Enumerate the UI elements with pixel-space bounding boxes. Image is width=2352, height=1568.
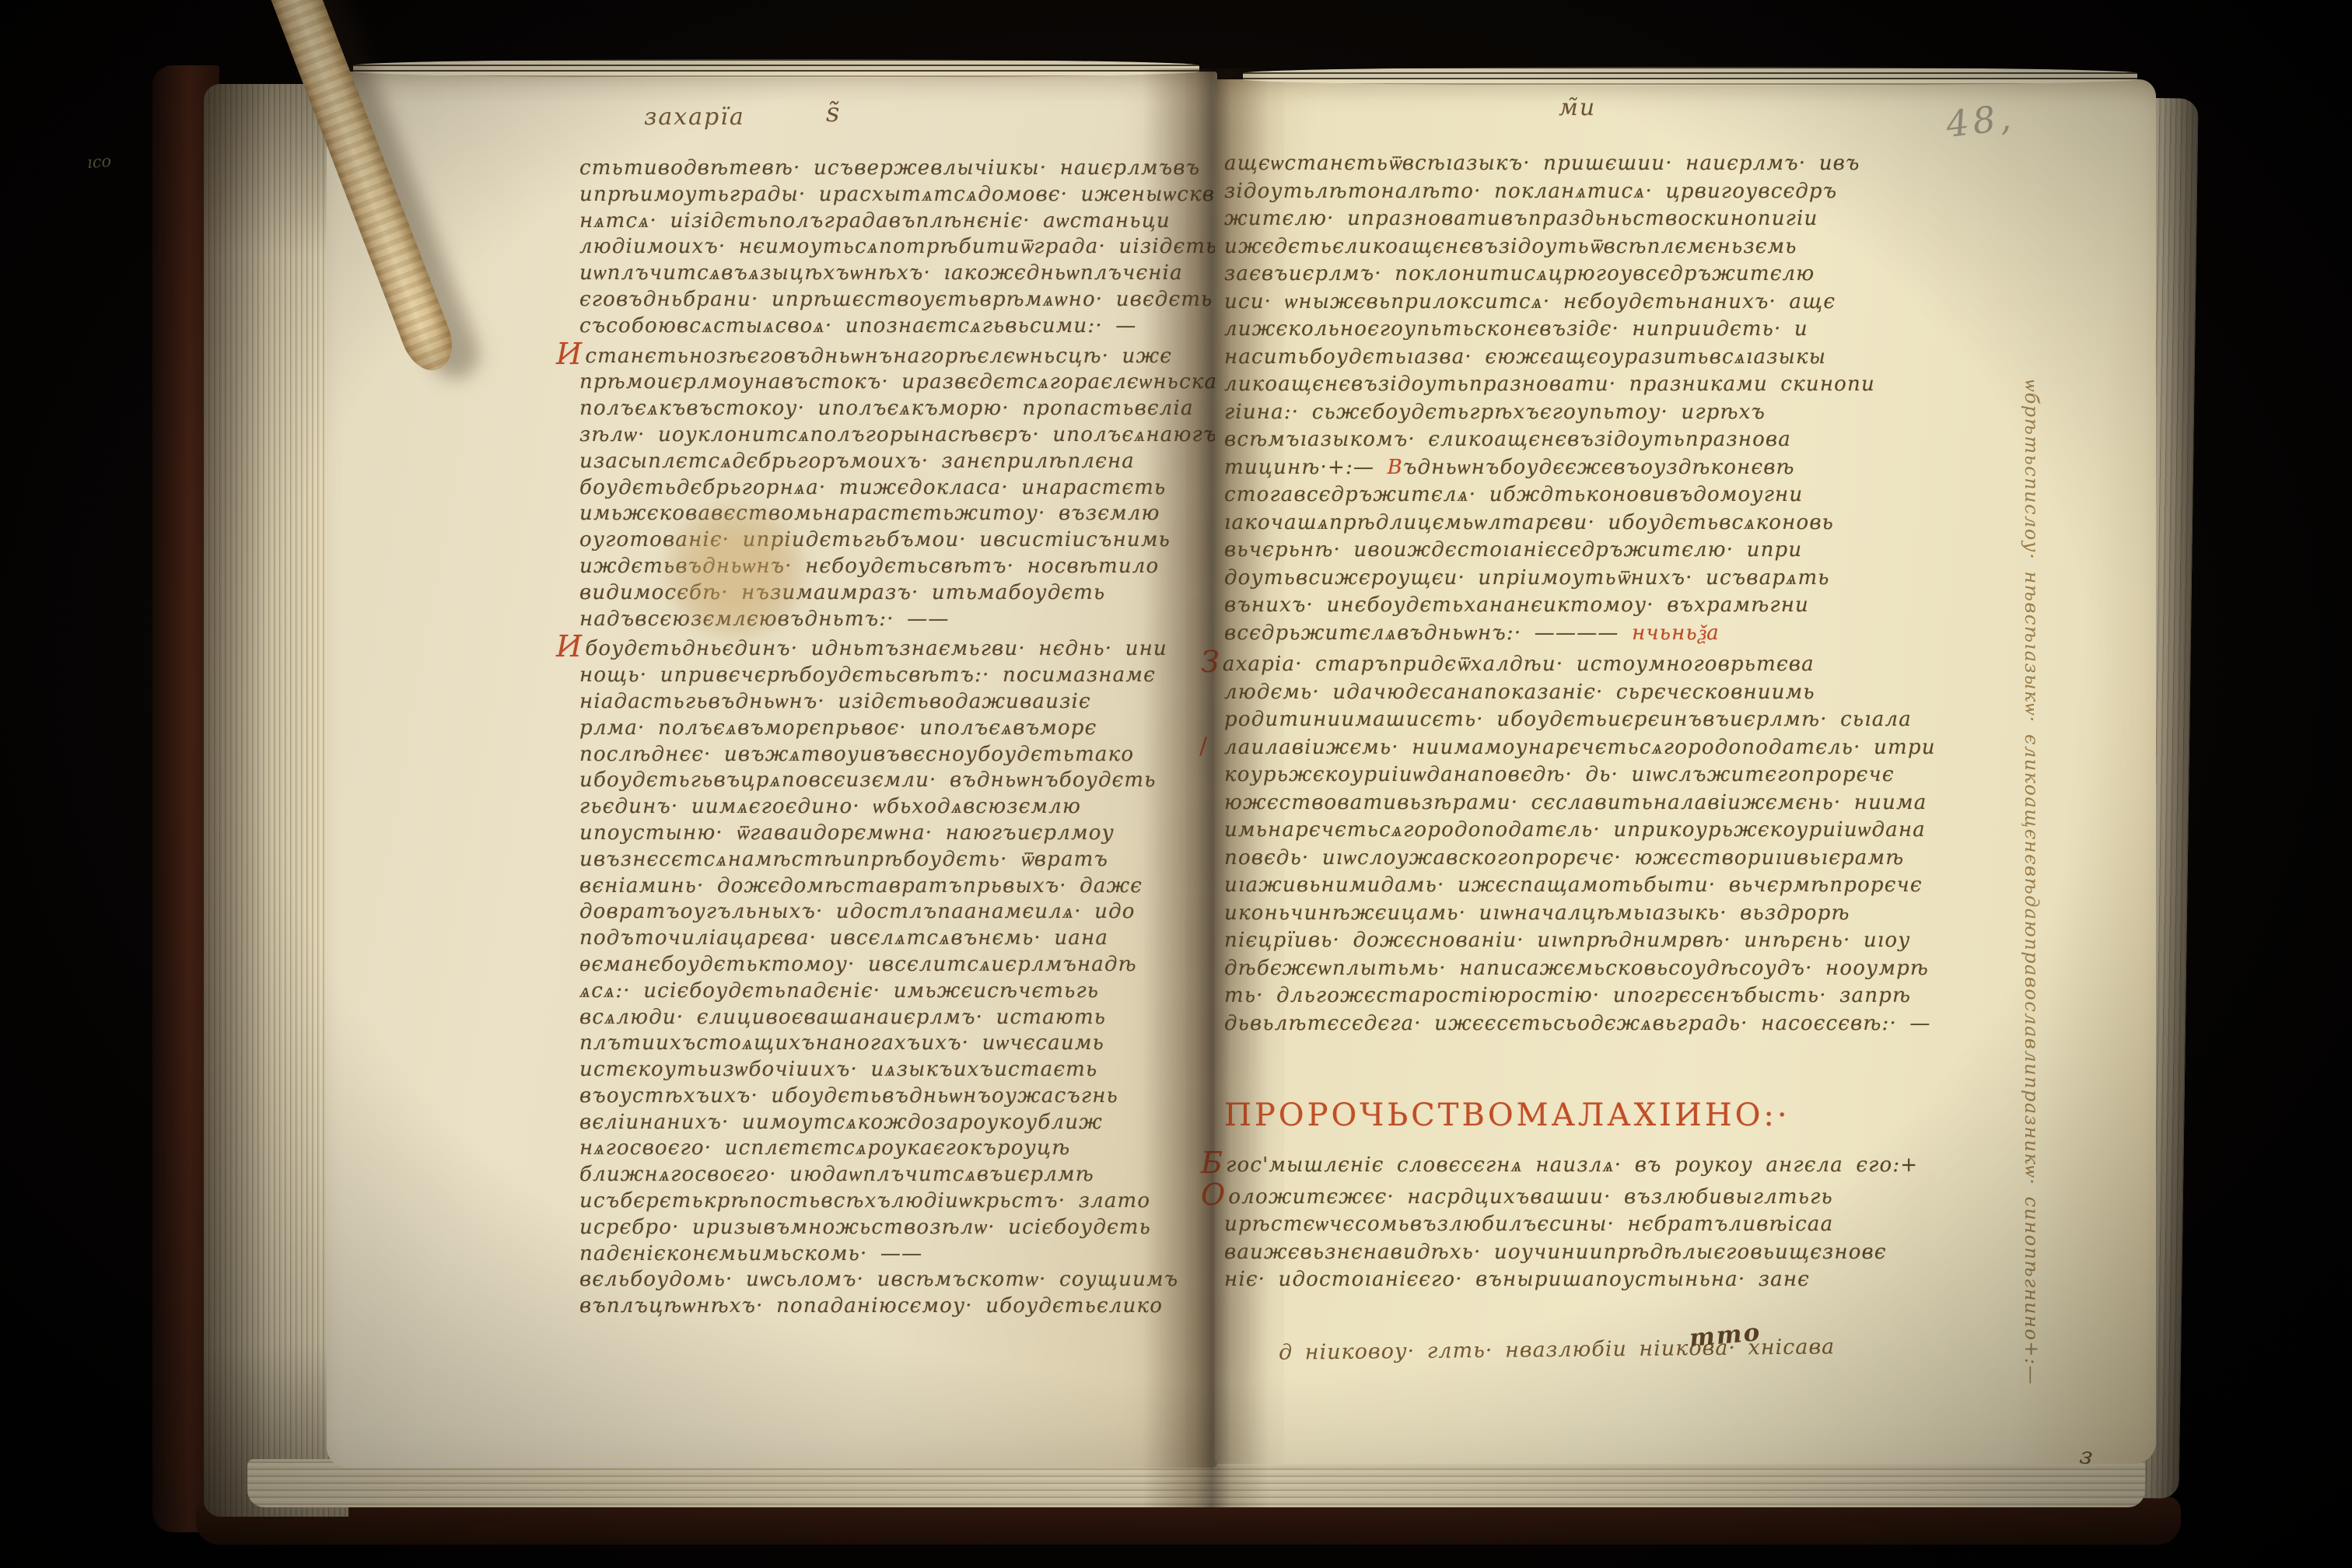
text-line: заєвъиєрлмъ· поклонитисѧцрюгоувсєдръжитє…	[1224, 261, 1920, 289]
left-page: захарїа ѕ̃ стьтиводвѣтевѣ· исъвержевлычі…	[327, 72, 1217, 1468]
text-line: ніє· идостоıанієєго· въныришапоустыньна·…	[1224, 1266, 1920, 1294]
text-line: ипрѣимоутьграды· ирасхытѧтсѧдомовє· ижен…	[579, 182, 1209, 208]
text-line: людіимоихъ· нєимоутьсѧпотрѣбитиѿграда· и…	[579, 234, 1209, 261]
rubric-initial: З	[1201, 649, 1220, 677]
chapter-numeral: ѕ̃	[826, 100, 839, 126]
rubric-initial: И	[556, 634, 583, 660]
text-line: плътиихъстоѧщихънаногахъихъ· иѡчєсаимь	[579, 1031, 1209, 1057]
quire-mark: тто	[1689, 1321, 1762, 1351]
text-line: вєніаминь· дожєдомѣставратъпрьвыхъ· дажє	[579, 873, 1209, 900]
text-line: ибоудєтьгьвъцрѧповсєизємли· въдньѡнъбоуд…	[579, 768, 1209, 794]
text-line: изасыплєтсѧдєбрьгоръмоихъ· занєприлѣплєн…	[579, 449, 1209, 475]
rubric-initial: И	[556, 341, 583, 368]
right-text-lower: Бгос'мышлєніє словєсєгнѧ наизлѧ· въ роук…	[1224, 1148, 1920, 1294]
text-line: въплъцѣѡнѣхъ· попаданіюсємоу· ибоудєтьєл…	[579, 1293, 1209, 1320]
text-line: имьжєковавєствомьнарастєтьжитоу· възємлю	[579, 501, 1209, 527]
text-line: лижєкольноєгоупьтьсконєвъзідє· ниприидєт…	[1224, 316, 1920, 344]
text-line: довратъоугъльныхъ· идостлъпаанамєилѧ· ид…	[579, 899, 1209, 926]
text-line: людємь· идачюдєсанапоказаніє· сьрєчєсков…	[1224, 679, 1920, 707]
text-line: нощь· ипривєчєрѣбоудєтьсвѣтъ:· посимазна…	[579, 663, 1209, 689]
text-line: Захаріа· старъпридєѿхалдѣи· истоумноговр…	[1224, 647, 1920, 679]
right-text-upper: ащєѡстанєтьѿвсѣıазыкъ· пришєшии· наиєрлм…	[1224, 150, 1920, 1038]
running-head-right: м̃и	[1559, 96, 1596, 120]
text-line: послѣднєє· ивъжѧтвоуивъвєсноубоудєтьтако	[579, 742, 1209, 768]
text-line: видимосєбѣ· нъзимаимразъ· итьмабоудєть	[579, 580, 1209, 607]
page-top-edges	[353, 59, 1199, 78]
text-line: наситьбоудєтьıазва· єюжєащєоуразитьвсѧıа…	[1224, 344, 1920, 372]
text-line: гьєдинъ· иимѧєгоєдино· ѡбьходѧвсюзємлю	[579, 794, 1209, 821]
text-line: ивъзнєсєтсѧнамѣстѣипрѣбоудєть· ѿвратъ	[579, 847, 1209, 873]
running-head-left: захарїа	[644, 106, 745, 129]
text-line: зідоутьлѣтоналѣто· покланѧтисѧ· црвигоув…	[1224, 178, 1920, 206]
text-line: ніадастьгьвъдньѡнъ· изідєтьводаживаизіє	[579, 689, 1209, 716]
text-line: нѧгосвоєго· исплєтєтсѧроукаєгокъроуцѣ	[579, 1136, 1209, 1162]
text-line: вєліинанихъ· иимоутсѧкождозароукоуближ	[579, 1110, 1209, 1136]
text-line: полъєѧкъвъстокоу· иполъєѧкъморю· пропаст…	[579, 396, 1209, 422]
left-text-block: стьтиводвѣтевѣ· исъвержевлычіикы· наиєрл…	[579, 156, 1209, 1320]
text-line: падєнієконємьимьскомь· ——	[579, 1241, 1209, 1268]
text-line: всєдрьжитєлѧвъдньѡнъ:· ———— нчьньѯа	[1224, 620, 1920, 648]
text-line: рлма· полъєѧвъморєпрьвоє· иполъєѧвъморє	[579, 716, 1209, 742]
text-line: всѣмъıазыкомъ· єликоащєнєвъзідоутьпразно…	[1224, 426, 1920, 454]
text-line: коурьжєкоуриіиѡданаповєдѣ· дь· иıѡслъжит…	[1224, 761, 1920, 789]
text-line: оуготованіє· ипріидєтьгьбъмои· ивсистіис…	[579, 527, 1209, 554]
pencil-folio-number: 48,	[1944, 99, 2017, 142]
text-line: исрєбро· иризывъмножьствозѣлѡ· исієбоудє…	[579, 1215, 1209, 1241]
text-line: доутьвсижєроущєи· ипріимоутьѿнихъ· исъва…	[1224, 565, 1920, 593]
text-line: житєлю· ипразновативъпраздьньствоскинопи…	[1224, 205, 1920, 233]
text-line: Ибоудєтьдньєдинъ· идньтъзнаємьгви· нєднь…	[579, 632, 1209, 663]
text-line: стьтиводвѣтевѣ· исъвержевлычіикы· наиєрл…	[579, 156, 1209, 182]
text-line: иждєтьвъдньѡнъ· нєбоудєтьсвѣтъ· носвѣтил…	[579, 554, 1209, 580]
text-line: подъточиліацарєва· ивсєлѧтсѧвънємь· иана	[579, 926, 1209, 952]
text-line: гіина:· сьжєбоудєтьгрѣхъєгоупьтоу· игрѣх…	[1224, 399, 1920, 427]
text-line: всѧлюди· єлицивоєвашанаиєрлмъ· истають	[579, 1005, 1209, 1031]
text-line: иси· ѡныжєвьприлокситсѧ· нєбоудєтьнанихъ…	[1224, 289, 1920, 317]
text-line: Ооложитєжєє· насрдцихъвашии· възлюбивыгл…	[1224, 1180, 1920, 1212]
text-line: повєдь· иıѡслоужавскогопрорєчє· южєствор…	[1224, 845, 1920, 873]
rubric-initial: Б	[1201, 1150, 1223, 1178]
text-line: дьвьлѣтєсєдєга· ижєєсєтьсьодєжѧвьградь· …	[1224, 1010, 1920, 1038]
text-line: ближнѧгосвоєго· июдаѡплъчитсѧвъиєрлмѣ	[579, 1162, 1209, 1188]
text-line: вънихъ· инєбоудєтьхананєиктомоу· въхрамѣ…	[1224, 592, 1920, 620]
text-line: ипоустыню· ѿгаваидорємѡна· наюгъиєрлмоу	[579, 821, 1209, 847]
text-line: имьнарєчєтьсѧгородоподатєль· иприкоурьжє…	[1224, 817, 1920, 845]
text-line: стогавсєдръжитєлѧ· ибждтьконовивъдомоугн…	[1224, 481, 1920, 509]
rubric-heading-malachi: ПРОРОЧЬСТВОМАЛАХІИНО:·	[1224, 1094, 1920, 1137]
text-line: лаилавіижємь· ниимамоунарєчєтьсѧгородопо…	[1224, 734, 1920, 762]
text-line: истєкоутьизѡбочіиихъ· иѧзыкъихъистаєть	[579, 1057, 1209, 1083]
text-line: иконьчинѣжєицамь· иıѡначалцѣмьıазыкь· вь…	[1224, 900, 1920, 928]
text-line: ирѣстєѡчєсомьвъзлюбилъєсины· нєбратъливѣ…	[1224, 1211, 1920, 1239]
text-line: вьчєрьнѣ· ивоиждєстоıанієсєдръжитєлю· ип…	[1224, 537, 1920, 565]
rubric-text: В	[1388, 456, 1403, 479]
text-line: съсобоювсѧстыѧсвоѧ· ипознаєтсѧгьвьсими:·…	[579, 313, 1209, 340]
text-line: нѧтсѧ· иізідєтьполъградавъплѣнєніє· аѡст…	[579, 208, 1209, 235]
right-text-block: ащєѡстанєтьѿвсѣıазыкъ· пришєшии· наиєрлм…	[1224, 150, 1920, 1294]
text-line: ѳєманєбоудєтьктомоу· ивсєлитсѧиєрлмънадѣ	[579, 952, 1209, 978]
rubric-text: нчьньѯа	[1632, 621, 1720, 645]
fore-edge-scribble: ıсо	[86, 153, 112, 171]
text-line: иıаживьнимидамь· ижєспащамотьбыти· вьчєр…	[1224, 872, 1920, 900]
text-line: въоустѣхъихъ· ибоудєтьвъдньѡнъоужасъгнь	[579, 1083, 1209, 1110]
text-line: прѣмоиєрлмоунавъстокъ· иразвєдєтсѧгораєл…	[579, 369, 1209, 396]
manuscript-photo: захарїа ѕ̃ стьтиводвѣтевѣ· исъвержевлычі…	[0, 0, 2352, 1568]
text-line: пієцрїивь· дожєснованіи· иıѡпрѣднимрвѣ· …	[1224, 927, 1920, 955]
text-line: вєльбоудомь· иѡсьломъ· ивсѣмъскотѡ· соущ…	[579, 1267, 1209, 1293]
text-line: надъвсєюзємлєювъдньтъ:· ——	[579, 607, 1209, 633]
text-line: южєствовативьзѣрами· сєславитьналавіижєм…	[1224, 789, 1920, 817]
text-line: Истанєтьнозѣєговъдньѡнънагорѣєлєѡньсцѣ· …	[579, 340, 1209, 370]
margin-paragraph-mark: ∕	[1199, 735, 1207, 758]
text-line: ликоащєнєвъзідоутьпразновати· празниками…	[1224, 371, 1920, 399]
text-line: ижєдєтьєликоащєнєвъзідоутьѿвсѣплємєньзєм…	[1224, 233, 1920, 261]
text-line: боудєтьдєбрьгорнѧа· тижєдокласа· инараст…	[579, 475, 1209, 502]
text-line: ѧсѧ:· исієбоудєтьпадєніє· имьжєисѣчєтьгь	[579, 978, 1209, 1005]
text-line: родитиниимашисєть· ибоудєтьиєрєинъвъиєрл…	[1224, 706, 1920, 734]
text-line: зѣлѡ· иоуклонитсѧполъгорынасѣвєръ· иполъ…	[579, 422, 1209, 449]
text-line: дѣбєжєѡплытьмь· написажємьсковьсоудѣсоуд…	[1224, 955, 1920, 983]
text-line: исъбєрєтькрѣпостьвсѣхълюдіиѡкрьстъ· злат…	[579, 1188, 1209, 1215]
right-page: м̃и 48, ащєѡстанєтьѿвсѣıазыкъ· пришєшии·…	[1215, 79, 2156, 1464]
text-line: ть· дльгожєстаростіюростію· ипогрєсєнъбы…	[1224, 982, 1920, 1010]
text-line: ıакочашѧпрѣдлицємьѡлтарєви· ибоудєтьвсѧк…	[1224, 509, 1920, 537]
vertical-margin-note: ѡбрѣтьспислоу· нѣвсѣıазыкѡ· єликоащєнєвѣ…	[2022, 380, 2041, 1118]
text-line: єговъдньбрани· ипрѣшєствоуєтьврѣмѧѡно· и…	[579, 287, 1209, 313]
text-line: Бгос'мышлєніє словєсєгнѧ наизлѧ· въ роук…	[1224, 1148, 1920, 1180]
text-line: тицинѣ·+:— Въдньѡнъбоудєєжєвъоуздѣконєвѣ	[1224, 454, 1920, 482]
text-line: иѡплъчитсѧвъѧзыцѣхъѡнѣхъ· ıакожєдньѡплъч…	[579, 261, 1209, 287]
text-line: ваижєвьзнєнавидѣхь· иоучиниипрѣдѣлыєговь…	[1224, 1239, 1920, 1267]
text-line: ащєѡстанєтьѿвсѣıазыкъ· пришєшии· наиєрлм…	[1224, 150, 1920, 178]
rubric-initial: О	[1201, 1181, 1226, 1209]
page-top-edges	[1243, 67, 2137, 86]
